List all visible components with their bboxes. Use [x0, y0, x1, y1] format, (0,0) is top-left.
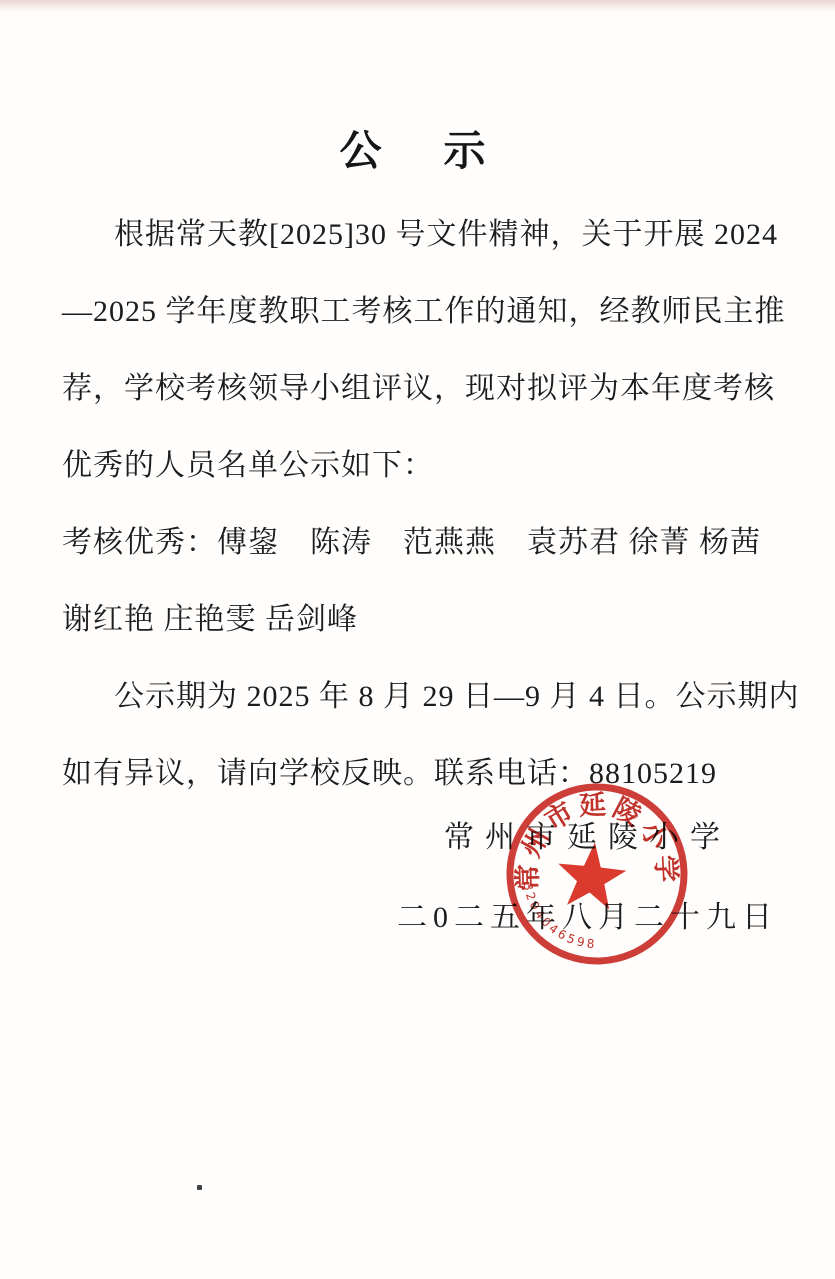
body-line-period: 公示期为 2025 年 8 月 29 日—9 月 4 日。公示期内 [62, 658, 777, 735]
scan-edge-artifact [0, 0, 835, 12]
body-line-2: —2025 学年度教职工考核工作的通知，经教师民主推 [62, 273, 777, 350]
announcement-page: 公 示 根据常天教[2025]30 号文件精神，关于开展 2024 —2025 … [0, 0, 835, 1279]
body-line-names-2: 谢红艳 庄艳雯 岳剑峰 [62, 581, 777, 658]
seal-graphic: 常州市延陵小学 3204046598 [499, 776, 696, 973]
official-seal-stamp: 常州市延陵小学 3204046598 [499, 776, 696, 973]
body-line-1: 根据常天教[2025]30 号文件精神，关于开展 2024 [62, 196, 777, 273]
body-line-names-1: 考核优秀：傅鋆 陈涛 范燕燕 袁苏君 徐菁 杨茜 [62, 504, 777, 581]
star-icon [554, 839, 629, 911]
body-line-3: 荐，学校考核领导小组评议，现对拟评为本年度考核 [62, 350, 777, 427]
scan-speck-artifact [197, 1185, 202, 1190]
document-body: 根据常天教[2025]30 号文件精神，关于开展 2024 —2025 学年度教… [62, 196, 777, 812]
body-line-4: 优秀的人员名单公示如下： [62, 427, 777, 504]
document-title: 公 示 [0, 118, 835, 178]
